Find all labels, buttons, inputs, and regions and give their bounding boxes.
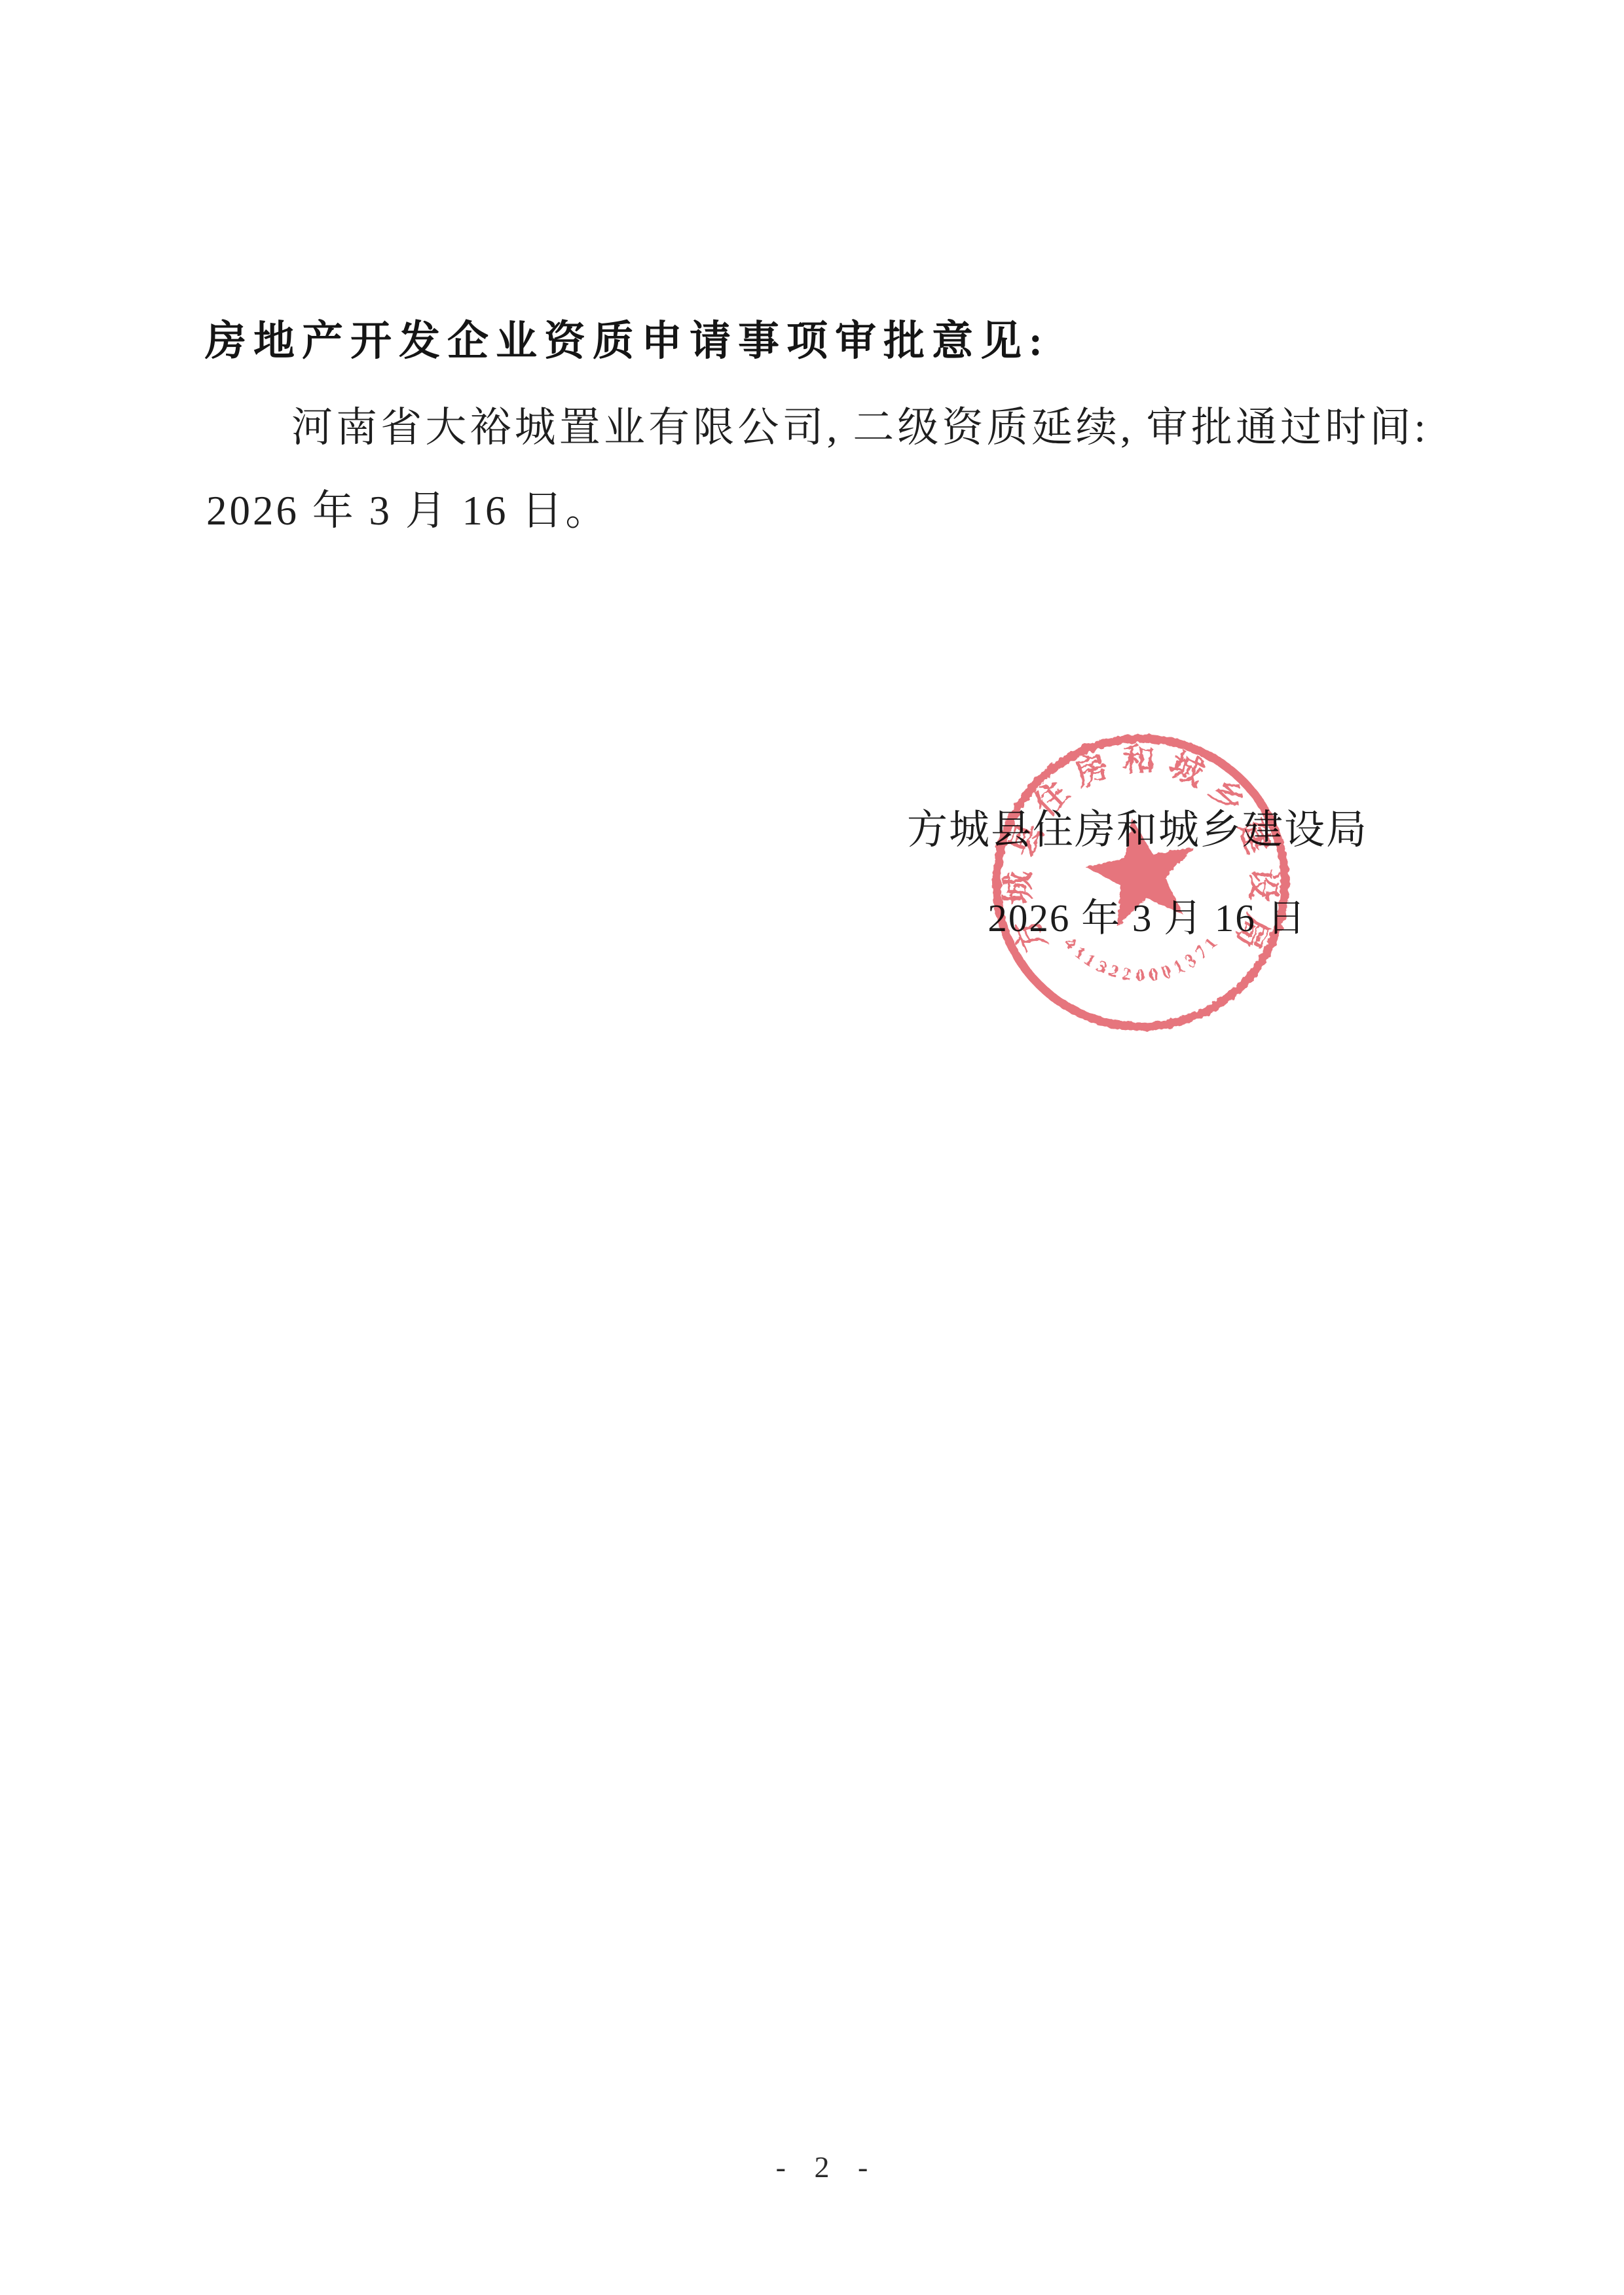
seal-code-number: 4113220001371 [1061, 930, 1225, 985]
seal-star-icon [1078, 809, 1204, 930]
svg-text:4113220001371: 4113220001371 [1061, 930, 1225, 985]
approval-text-line-2: 2026 年 3 月 16 日。 [206, 489, 609, 532]
official-seal-stamp: 方城县住房和城乡建设局 4113220001371 [977, 719, 1304, 1046]
approval-text-line-1: 河南省大裕城置业有限公司, 二级资质延续, 审批通过时间: [206, 406, 1428, 449]
approval-opinion-heading: 房地产开发企业资质申请事项审批意见: [205, 320, 1050, 363]
page-number: - 2 - [776, 2150, 879, 2184]
document-page: { "document": { "heading": "房地产开发企业资质申请事… [0, 0, 1624, 2295]
